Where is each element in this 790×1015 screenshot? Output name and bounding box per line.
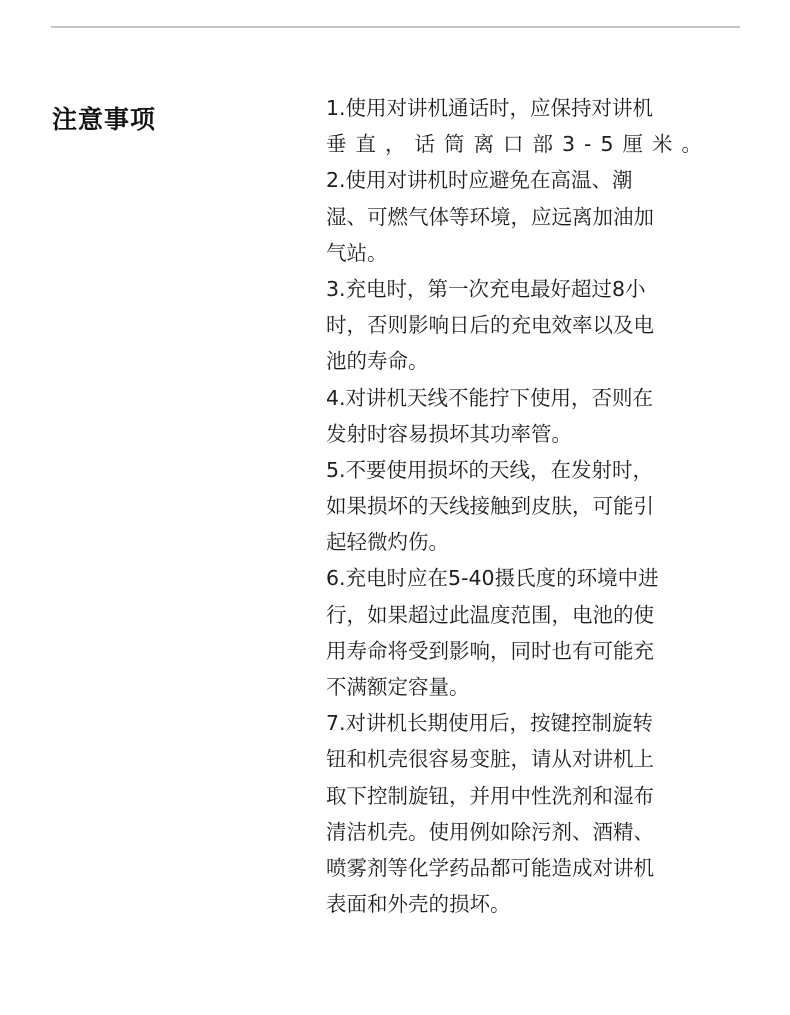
precautions-text: 1.使用对讲机通话时，应保持对讲机 垂直，话筒离口部3-5厘米。 2.使用对讲机… — [326, 90, 716, 922]
top-divider — [51, 26, 740, 28]
text-line: 湿、可燃气体等环境，应远离加油加 — [326, 199, 716, 235]
text-line: 气站。 — [326, 235, 716, 271]
text-line: 5.不要使用损坏的天线，在发射时， — [326, 452, 716, 488]
text-line: 钮和机壳很容易变脏，请从对讲机上 — [326, 741, 716, 777]
text-line: 时，否则影响日后的充电效率以及电 — [326, 307, 716, 343]
text-line: 6.充电时应在5-40摄氏度的环境中进 — [326, 560, 716, 596]
text-line: 起轻微灼伤。 — [326, 524, 716, 560]
text-line: 垂直，话筒离口部3-5厘米。 — [326, 126, 716, 162]
text-line: 3.充电时，第一次充电最好超过8小 — [326, 271, 716, 307]
text-line: 用寿命将受到影响，同时也有可能充 — [326, 633, 716, 669]
text-line: 发射时容易损坏其功率管。 — [326, 416, 716, 452]
text-line: 取下控制旋钮，并用中性洗剂和湿布 — [326, 778, 716, 814]
text-line: 7.对讲机长期使用后，按键控制旋转 — [326, 705, 716, 741]
text-line: 不满额定容量。 — [326, 669, 716, 705]
text-line: 1.使用对讲机通话时，应保持对讲机 — [326, 90, 716, 126]
text-line: 表面和外壳的损坏。 — [326, 886, 716, 922]
text-line: 池的寿命。 — [326, 343, 716, 379]
text-line: 清洁机壳。使用例如除污剂、酒精、 — [326, 814, 716, 850]
text-line: 喷雾剂等化学药品都可能造成对讲机 — [326, 850, 716, 886]
text-line: 如果损坏的天线接触到皮肤，可能引 — [326, 488, 716, 524]
text-line: 行，如果超过此温度范围，电池的使 — [326, 597, 716, 633]
text-line: 2.使用对讲机时应避免在高温、潮 — [326, 162, 716, 198]
section-title: 注意事项 — [52, 100, 156, 136]
text-line: 4.对讲机天线不能拧下使用，否则在 — [326, 380, 716, 416]
